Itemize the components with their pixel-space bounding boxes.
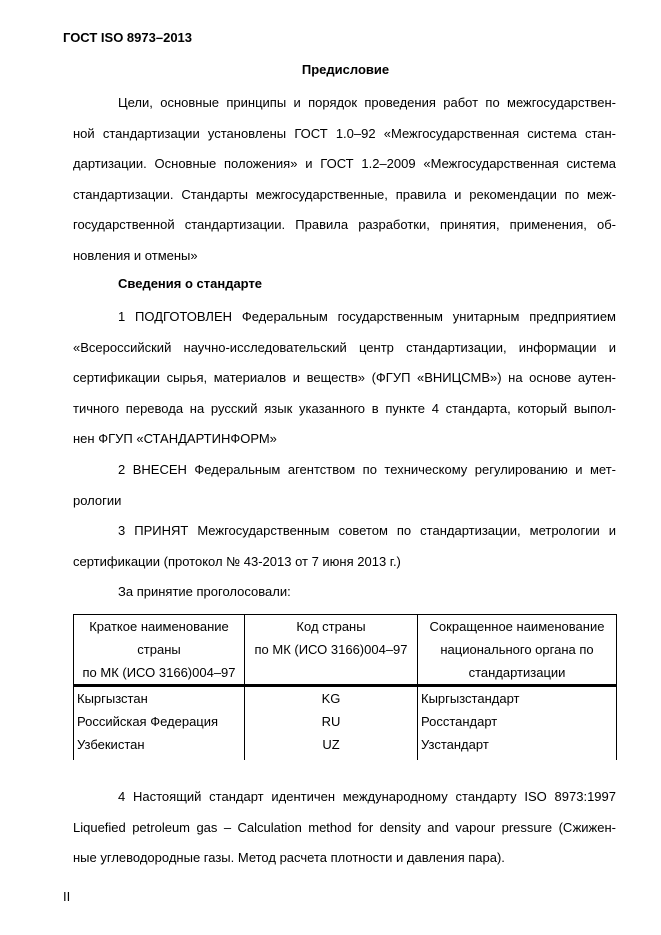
header-country-name: Краткое наименование страны по МК (ИСО 3… bbox=[74, 615, 245, 686]
table-row: Российская Федерация RU Росстандарт bbox=[74, 710, 617, 733]
item-4-identical: 4 Настоящий стандарт идентичен междунаро… bbox=[73, 782, 616, 874]
foreword-paragraph: Цели, основные принципы и порядок провед… bbox=[73, 88, 616, 271]
cell-country: Узбекистан bbox=[74, 733, 245, 756]
text-line: ной стандартизации установлены ГОСТ 1.0–… bbox=[73, 119, 616, 150]
cell-body: Кыргызстандарт bbox=[418, 686, 617, 711]
text-line: государственной стандартизации. Правила … bbox=[73, 210, 616, 241]
text-line: нен ФГУП «СТАНДАРТИНФОРМ» bbox=[73, 424, 616, 455]
table-header-row: Краткое наименование страны по МК (ИСО 3… bbox=[74, 615, 617, 686]
text-line: стандартизации. Стандарты межгосударстве… bbox=[73, 180, 616, 211]
item-2-introduced: 2 ВНЕСЕН Федеральным агентством по техни… bbox=[73, 455, 616, 516]
text-line: «Всероссийский научно-исследовательский … bbox=[73, 333, 616, 364]
item-3-adopted: 3 ПРИНЯТ Межгосударственным советом по с… bbox=[73, 516, 616, 577]
text-line: новления и отмены» bbox=[73, 241, 616, 272]
cell-code: UZ bbox=[245, 733, 418, 756]
document-page: ГОСТ ISO 8973–2013 Предисловие Цели, осн… bbox=[0, 0, 661, 935]
text-line: ные углеводородные газы. Метод расчета п… bbox=[73, 843, 616, 874]
item-1-prepared: 1 ПОДГОТОВЛЕН Федеральным государственны… bbox=[73, 302, 616, 455]
vote-table-container: Краткое наименование страны по МК (ИСО 3… bbox=[73, 614, 616, 760]
cell-country: Кыргызстан bbox=[74, 686, 245, 711]
foreword-title: Предисловие bbox=[0, 62, 661, 77]
cell-code: RU bbox=[245, 710, 418, 733]
text-line: дартизации. Основные положения» и ГОСТ 1… bbox=[73, 149, 616, 180]
cell-code: KG bbox=[245, 686, 418, 711]
standard-info-title: Сведения о стандарте bbox=[118, 276, 262, 291]
text-line: тичного перевода на русский язык указанн… bbox=[73, 394, 616, 425]
table-spacer-row bbox=[74, 756, 617, 760]
table-row: Узбекистан UZ Узстандарт bbox=[74, 733, 617, 756]
document-id-header: ГОСТ ISO 8973–2013 bbox=[63, 30, 192, 45]
text-line: Цели, основные принципы и порядок провед… bbox=[73, 88, 616, 119]
voted-label: За принятие проголосовали: bbox=[73, 577, 616, 608]
text-line: 2 ВНЕСЕН Федеральным агентством по техни… bbox=[73, 455, 616, 486]
header-national-body: Сокращенное наименование национального о… bbox=[418, 615, 617, 686]
page-number: II bbox=[63, 889, 70, 904]
table-row: Кыргызстан KG Кыргызстандарт bbox=[74, 686, 617, 711]
text-line: 3 ПРИНЯТ Межгосударственным советом по с… bbox=[73, 516, 616, 547]
text-line: сертификации (протокол № 43-2013 от 7 ию… bbox=[73, 547, 616, 578]
header-country-code: Код страны по МК (ИСО 3166)004–97 bbox=[245, 615, 418, 686]
text-line: За принятие проголосовали: bbox=[73, 577, 616, 608]
text-line: Liquefied petroleum gas – Calculation me… bbox=[73, 813, 616, 844]
cell-country: Российская Федерация bbox=[74, 710, 245, 733]
cell-body: Узстандарт bbox=[418, 733, 617, 756]
cell-body: Росстандарт bbox=[418, 710, 617, 733]
text-line: рологии bbox=[73, 486, 616, 517]
vote-table: Краткое наименование страны по МК (ИСО 3… bbox=[73, 614, 617, 760]
text-line: сертификации сырья, материалов и веществ… bbox=[73, 363, 616, 394]
text-line: 1 ПОДГОТОВЛЕН Федеральным государственны… bbox=[73, 302, 616, 333]
text-line: 4 Настоящий стандарт идентичен междунаро… bbox=[73, 782, 616, 813]
